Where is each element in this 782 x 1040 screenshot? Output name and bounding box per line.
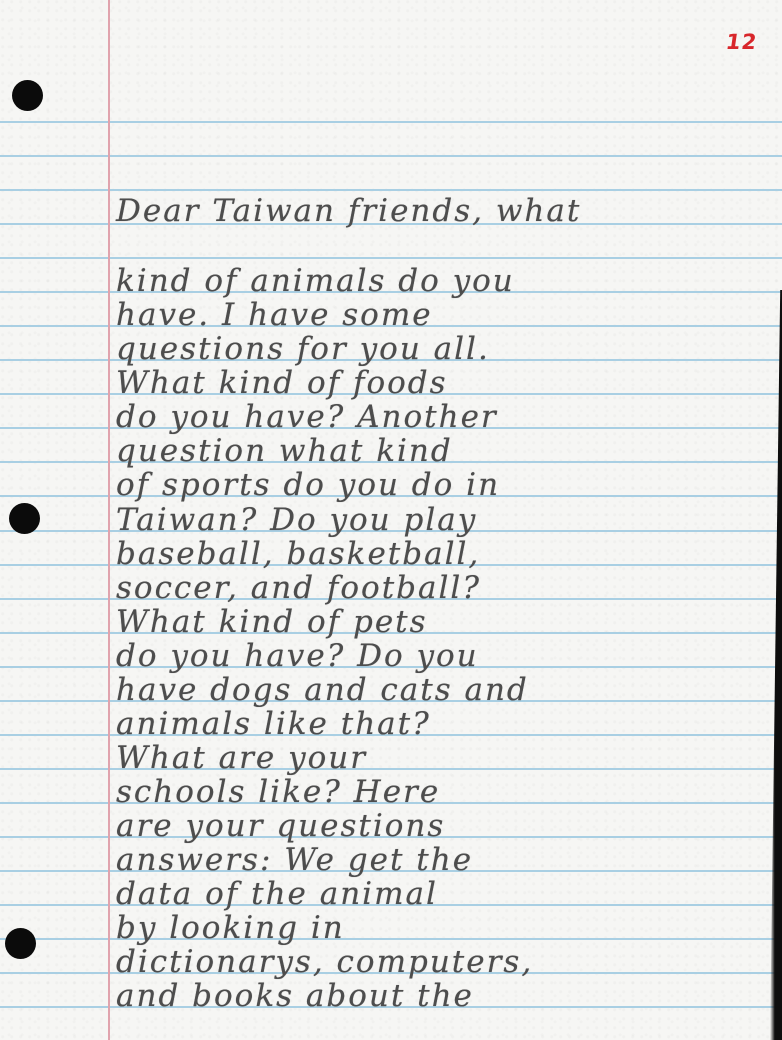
punch-hole-middle	[9, 503, 40, 534]
letter-line: What kind of foods	[116, 368, 448, 399]
letter-line: answers: We get the	[116, 845, 473, 876]
letter-line: and books about the	[116, 981, 474, 1012]
letter-line: are your questions	[116, 811, 445, 842]
rule-line	[0, 121, 782, 123]
letter-line: data of the animal	[116, 879, 438, 910]
rule-line	[0, 189, 782, 191]
page-number: 12	[724, 30, 759, 54]
letter-line: What kind of pets	[116, 607, 428, 638]
letter-line: question what kind	[116, 436, 453, 467]
letter-line: baseball, basketball,	[116, 539, 480, 570]
letter-line: by looking in	[116, 913, 345, 944]
rule-line	[0, 155, 782, 157]
letter-line: of sports do you do in	[116, 470, 500, 501]
letter-line: dictionarys, computers,	[116, 947, 533, 978]
letter-line: questions for you all.	[116, 334, 490, 365]
letter-line: have dogs and cats and	[116, 675, 529, 706]
letter-line: soccer, and football?	[116, 573, 481, 604]
letter-line: do you have? Another	[116, 402, 498, 433]
scan-shadow-edge	[770, 290, 782, 1040]
letter-line: schools like? Here	[116, 777, 440, 808]
margin-line	[108, 0, 110, 1040]
letter-line: Dear Taiwan friends, what	[116, 196, 581, 227]
letter-line: animals like that?	[116, 709, 431, 740]
rule-line	[0, 257, 782, 259]
letter-line: have. I have some	[116, 300, 433, 331]
letter-line: do you have? Do you	[116, 641, 479, 672]
punch-hole-top	[12, 80, 43, 111]
letter-line: Taiwan? Do you play	[116, 505, 477, 536]
notebook-paper: 12 Dear Taiwan friends, what kind of ani…	[0, 0, 782, 1040]
letter-line: kind of animals do you	[116, 266, 515, 297]
punch-hole-bottom	[5, 928, 36, 959]
letter-line: What are your	[116, 743, 367, 774]
